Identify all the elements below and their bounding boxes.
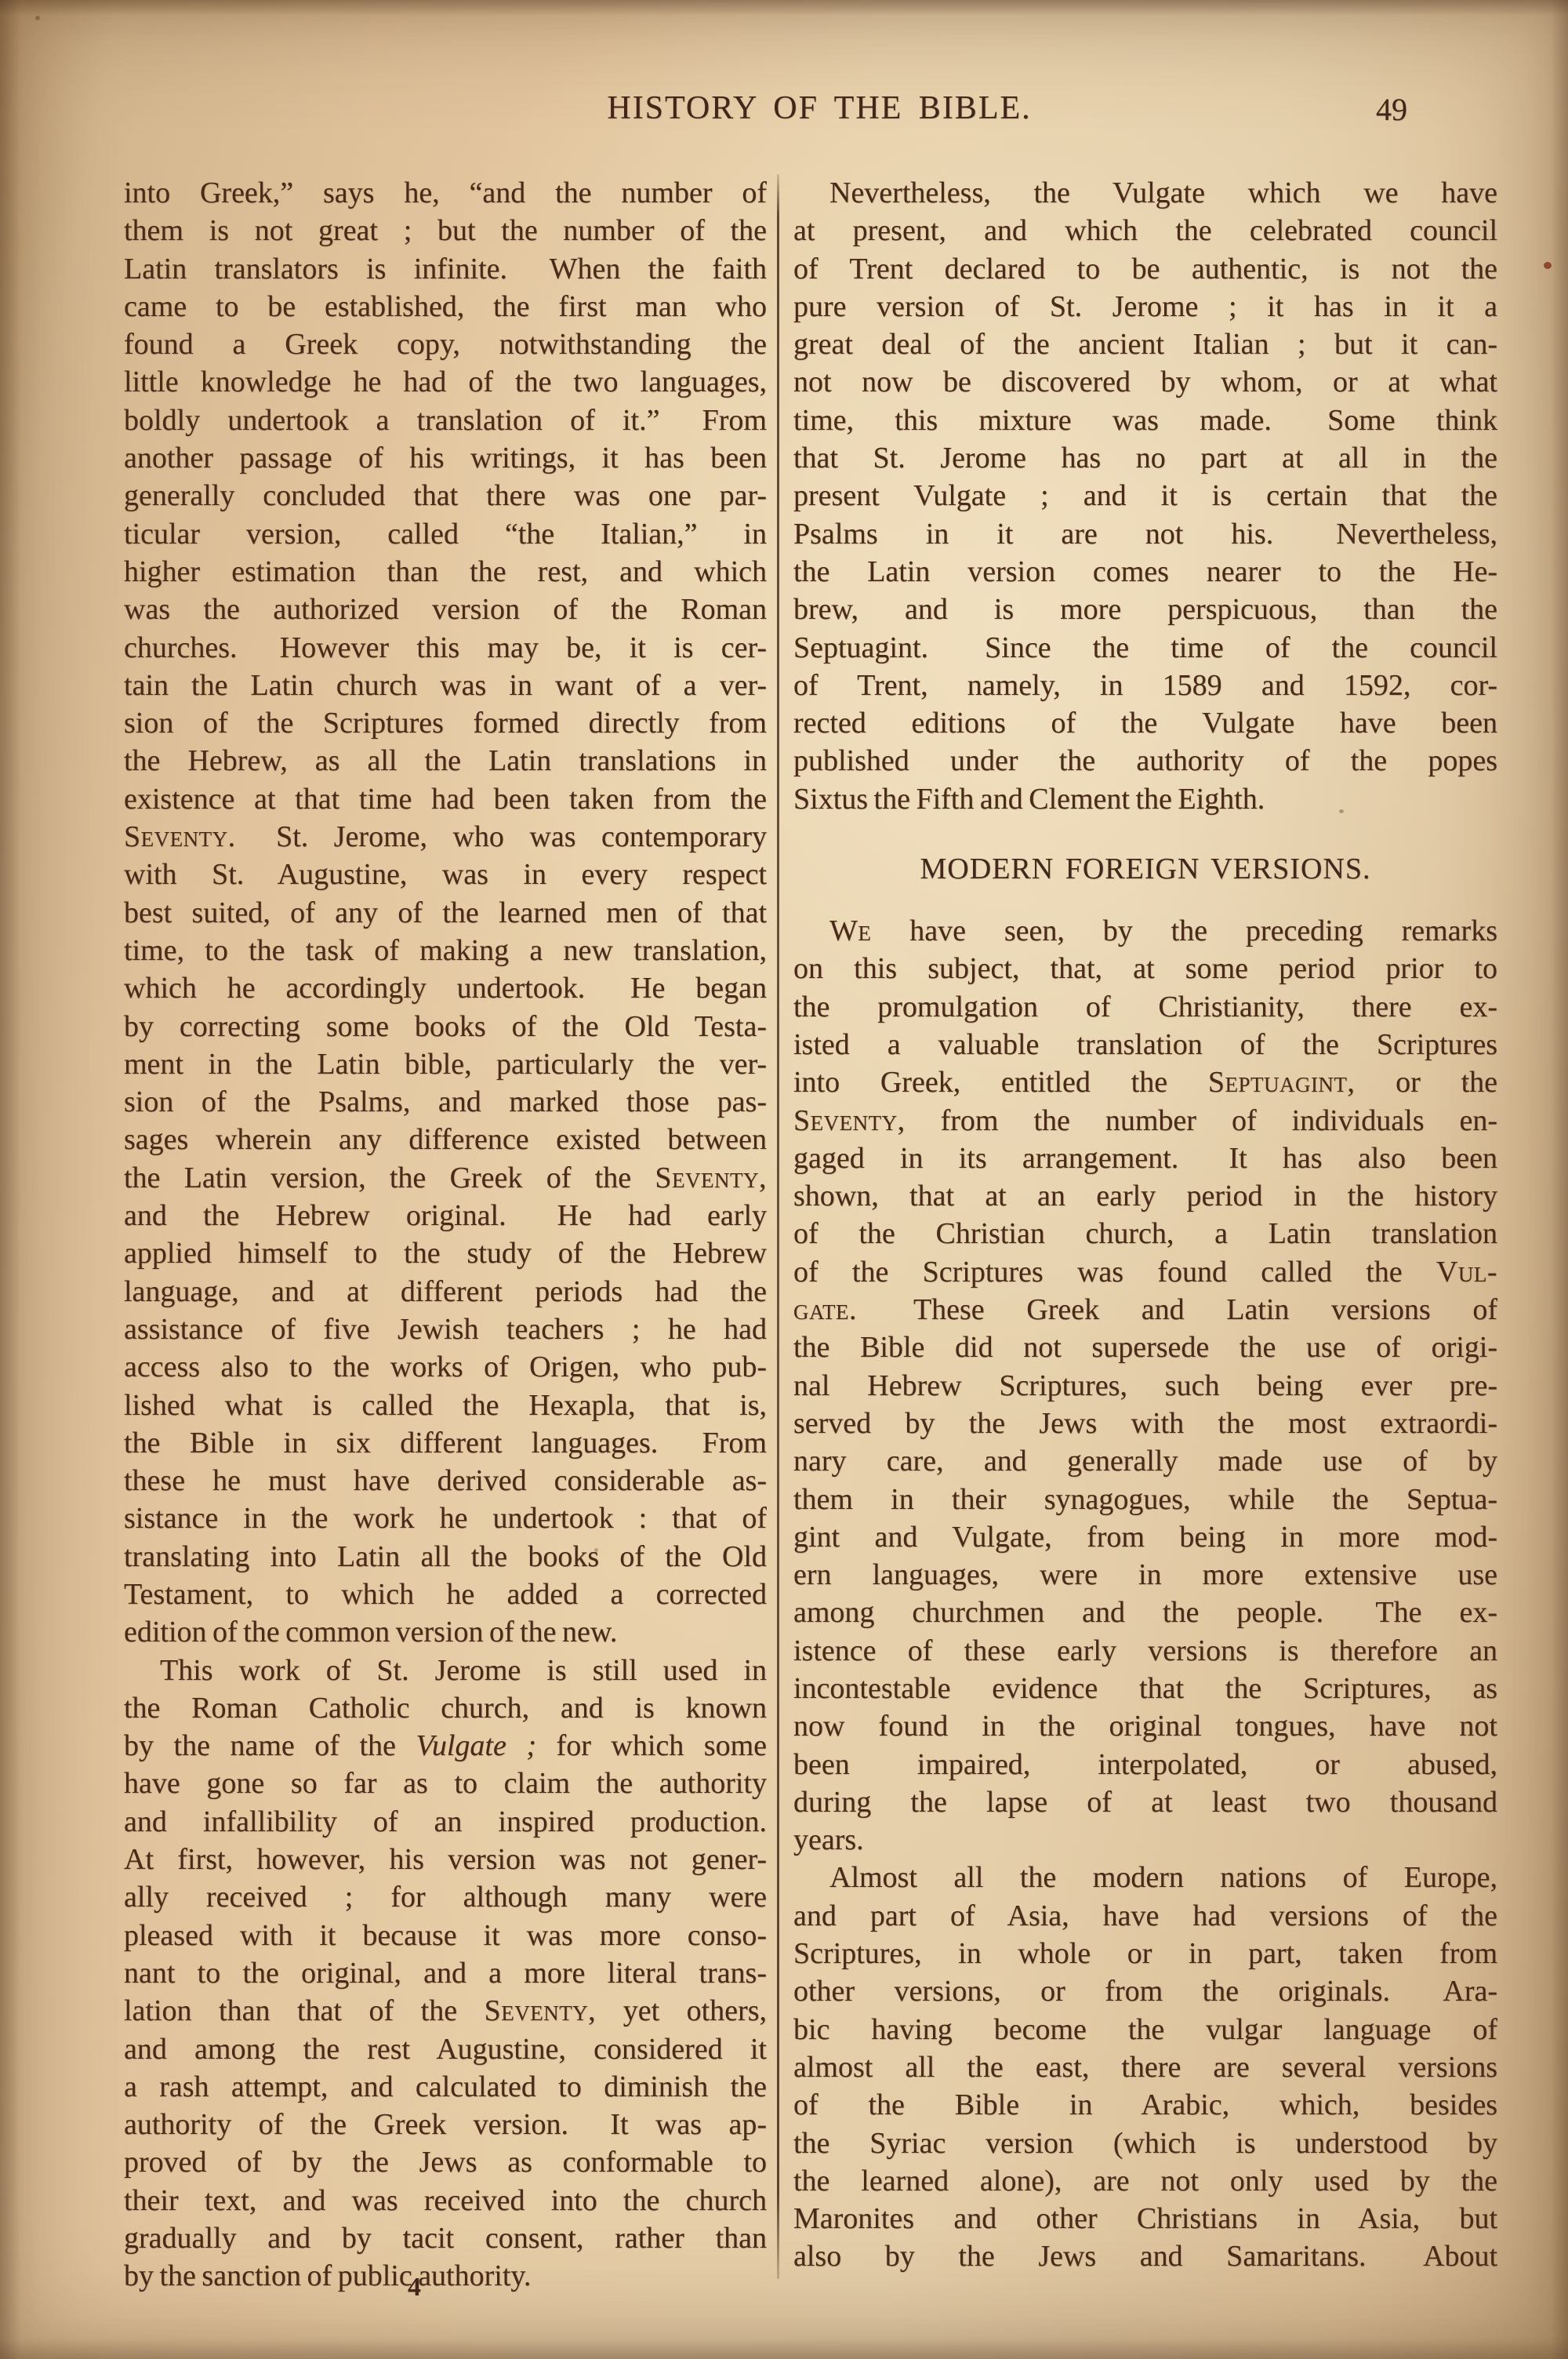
text-line: that St. Jerome has no part at all in th… bbox=[793, 439, 1497, 477]
text-line: Septuagint. Since the time of the counci… bbox=[793, 629, 1497, 667]
text-line: applied himself to the study of the Hebr… bbox=[124, 1234, 767, 1272]
column-divider-rule bbox=[777, 174, 779, 2279]
text-line: sistance in the work he undertook : that… bbox=[124, 1499, 767, 1537]
text-line: the Latin version, the Greek of the Seve… bbox=[124, 1159, 767, 1197]
text-line: during the lapse of at least two thousan… bbox=[793, 1783, 1497, 1821]
text-line: by the name of the Vulgate ; for which s… bbox=[124, 1727, 767, 1765]
text-line: incontestable evidence that the Scriptur… bbox=[793, 1670, 1497, 1707]
text-line: and part of Asia, have had versions of t… bbox=[793, 1897, 1497, 1935]
text-line: lished what is called the Hexapla, that … bbox=[124, 1387, 767, 1424]
text-line: served by the Jews with the most extraor… bbox=[793, 1405, 1497, 1442]
text-line: these he must have derived considerable … bbox=[124, 1462, 767, 1499]
text-line: found a Greek copy, notwithstanding the bbox=[124, 325, 767, 363]
text-line: nant to the original, and a more literal… bbox=[124, 1954, 767, 1992]
text-line: ern languages, were in more extensive us… bbox=[793, 1556, 1497, 1594]
text-line: their text, and was received into the ch… bbox=[124, 2182, 767, 2219]
left-text-column: into Greek,” says he, “and the number of… bbox=[124, 174, 767, 2295]
text-line: pleased with it because it was more cons… bbox=[124, 1917, 767, 1954]
text-line: isted a valuable translation of the Scri… bbox=[793, 1026, 1497, 1063]
text-line: Maronites and other Christians in Asia, … bbox=[793, 2200, 1497, 2237]
text-line: on this subject, that, at some period pr… bbox=[793, 950, 1497, 987]
text-line: not now be discovered by whom, or at wha… bbox=[793, 363, 1497, 401]
text-line: istence of these early versions is there… bbox=[793, 1632, 1497, 1670]
text-line: almost all the east, there are several v… bbox=[793, 2048, 1497, 2086]
paragraph: Almost all the modern nations of Europe,… bbox=[793, 1859, 1497, 2275]
text-line: great deal of the ancient Italian ; but … bbox=[793, 325, 1497, 363]
text-line: Testament, to which he added a corrected bbox=[124, 1576, 767, 1613]
text-line: ticular version, called “the Italian,” i… bbox=[124, 515, 767, 553]
text-line: the promulgation of Christianity, there … bbox=[793, 988, 1497, 1026]
text-line: present Vulgate ; and it is certain that… bbox=[793, 477, 1497, 514]
text-line: gaged in its arrangement. It has also be… bbox=[793, 1140, 1497, 1177]
text-line: was the authorized version of the Roman bbox=[124, 591, 767, 628]
text-line: the Hebrew, as all the Latin translation… bbox=[124, 742, 767, 780]
text-line: gint and Vulgate, from being in more mod… bbox=[793, 1518, 1497, 1556]
text-line: translating into Latin all the books of … bbox=[124, 1538, 767, 1576]
text-line: lation than that of the Seventy, yet oth… bbox=[124, 1992, 767, 2030]
text-line: and the Hebrew original. He had early bbox=[124, 1197, 767, 1234]
paragraph: We have seen, by the preceding remarkson… bbox=[793, 912, 1497, 1859]
text-line: language, and at different periods had t… bbox=[124, 1273, 767, 1310]
scanned-book-page: { "document": { "ink_color": "#4a2b18", … bbox=[0, 0, 1568, 2359]
text-line: rected editions of the Vulgate have been bbox=[793, 704, 1497, 742]
text-line: nary care, and generally made use of by bbox=[793, 1442, 1497, 1480]
text-line: shown, that at an early period in the hi… bbox=[793, 1177, 1497, 1215]
text-line: tain the Latin church was in want of a v… bbox=[124, 667, 767, 704]
text-line: of the Scriptures was found called the V… bbox=[793, 1253, 1497, 1291]
text-line: little knowledge he had of the two langu… bbox=[124, 363, 767, 401]
text-line: came to be established, the first man wh… bbox=[124, 288, 767, 325]
text-line: by the sanction of public authority. bbox=[124, 2257, 767, 2295]
text-line: generally concluded that there was one p… bbox=[124, 477, 767, 514]
text-line: the Roman Catholic church, and is known bbox=[124, 1689, 767, 1727]
text-line: sion of the Scriptures formed directly f… bbox=[124, 704, 767, 742]
text-line: brew, and is more perspicuous, than the bbox=[793, 591, 1497, 628]
text-line: by correcting some books of the Old Test… bbox=[124, 1008, 767, 1045]
text-line: ally received ; for although many were bbox=[124, 1878, 767, 1916]
text-line: of Trent declared to be authentic, is no… bbox=[793, 250, 1497, 288]
text-line: At first, however, his version was not g… bbox=[124, 1841, 767, 1878]
text-line: churches. However this may be, it is cer… bbox=[124, 629, 767, 667]
text-line: have gone so far as to claim the authori… bbox=[124, 1765, 767, 1802]
text-line: authority of the Greek version. It was a… bbox=[124, 2106, 767, 2143]
text-line: pure version of St. Jerome ; it has in i… bbox=[793, 288, 1497, 325]
text-line: into Greek,” says he, “and the number of bbox=[124, 174, 767, 212]
text-line: the Bible in six different languages. Fr… bbox=[124, 1424, 767, 1462]
text-line: sages wherein any difference existed bet… bbox=[124, 1121, 767, 1158]
text-line: with St. Augustine, was in every respect bbox=[124, 856, 767, 893]
text-line: which he accordingly undertook. He began bbox=[124, 969, 767, 1007]
text-line: Seventy. St. Jerome, who was contemporar… bbox=[124, 818, 767, 856]
text-line: published under the authority of the pop… bbox=[793, 742, 1497, 780]
text-line: We have seen, by the preceding remarks bbox=[793, 912, 1497, 950]
text-line: and infallibility of an inspired product… bbox=[124, 1803, 767, 1841]
paragraph: Nevertheless, the Vulgate which we havea… bbox=[793, 174, 1497, 818]
text-line: access also to the works of Origen, who … bbox=[124, 1348, 767, 1386]
text-line: ment in the Latin bible, particularly th… bbox=[124, 1045, 767, 1083]
text-line: at present, and which the celebrated cou… bbox=[793, 212, 1497, 249]
text-line: gradually and by tacit consent, rather t… bbox=[124, 2219, 767, 2257]
printer-signature-mark: 4 bbox=[408, 2273, 421, 2303]
text-line: Seventy, from the number of individuals … bbox=[793, 1102, 1497, 1140]
text-line: also by the Jews and Samaritans. About bbox=[793, 2237, 1497, 2275]
text-line: Latin translators is infinite. When the … bbox=[124, 250, 767, 288]
text-line: them is not great ; but the number of th… bbox=[124, 212, 767, 249]
text-line: sion of the Psalms, and marked those pas… bbox=[124, 1083, 767, 1121]
text-line: of the Christian church, a Latin transla… bbox=[793, 1215, 1497, 1252]
text-line: the learned alone), are not only used by… bbox=[793, 2162, 1497, 2200]
text-line: time, to the task of making a new transl… bbox=[124, 932, 767, 969]
text-line: into Greek, entitled the Septuagint, or … bbox=[793, 1063, 1497, 1101]
text-line: proved of by the Jews as conformable to bbox=[124, 2143, 767, 2181]
text-line: Psalms in it are not his. Nevertheless, bbox=[793, 515, 1497, 553]
text-line: the Bible did not supersede the use of o… bbox=[793, 1329, 1497, 1366]
text-line: Almost all the modern nations of Europe, bbox=[793, 1859, 1497, 1896]
text-line: of Trent, namely, in 1589 and 1592, cor- bbox=[793, 667, 1497, 704]
text-line: boldly undertook a translation of it.” F… bbox=[124, 402, 767, 439]
text-line: the Latin version comes nearer to the He… bbox=[793, 553, 1497, 591]
paragraph: into Greek,” says he, “and the number of… bbox=[124, 174, 767, 1652]
running-header-title: HISTORY OF THE BIBLE. bbox=[353, 89, 1286, 127]
text-line: other versions, or from the originals. A… bbox=[793, 1972, 1497, 2010]
text-line: higher estimation than the rest, and whi… bbox=[124, 553, 767, 591]
text-line: now found in the original tongues, have … bbox=[793, 1707, 1497, 1745]
text-line: a rash attempt, and calculated to dimini… bbox=[124, 2068, 767, 2106]
text-line: the Syriac version (which is understood … bbox=[793, 2125, 1497, 2162]
text-line: Sixtus the Fifth and Clement the Eighth. bbox=[793, 780, 1497, 818]
text-line: of the Bible in Arabic, which, besides bbox=[793, 2086, 1497, 2124]
text-line: time, this mixture was made. Some think bbox=[793, 402, 1497, 439]
right-text-column: Nevertheless, the Vulgate which we havea… bbox=[793, 174, 1497, 2276]
text-line: them in their synagogues, while the Sept… bbox=[793, 1481, 1497, 1518]
text-line: edition of the common version of the new… bbox=[124, 1613, 767, 1651]
text-line: best suited, of any of the learned men o… bbox=[124, 894, 767, 932]
text-line: years. bbox=[793, 1821, 1497, 1859]
section-heading: MODERN FOREIGN VERSIONS. bbox=[793, 851, 1497, 887]
text-line: gate. These Greek and Latin versions of bbox=[793, 1291, 1497, 1329]
text-line: Scriptures, in whole or in part, taken f… bbox=[793, 1935, 1497, 1972]
text-line: Nevertheless, the Vulgate which we have bbox=[793, 174, 1497, 212]
text-line: existence at that time had been taken fr… bbox=[124, 780, 767, 818]
text-line: and among the rest Augustine, considered… bbox=[124, 2030, 767, 2068]
text-line: bic having become the vulgar language of bbox=[793, 2011, 1497, 2048]
text-line: assistance of five Jewish teachers ; he … bbox=[124, 1310, 767, 1348]
text-line: nal Hebrew Scriptures, such being ever p… bbox=[793, 1367, 1497, 1405]
page-number: 49 bbox=[1376, 91, 1446, 128]
paragraph: This work of St. Jerome is still used in… bbox=[124, 1652, 767, 2295]
text-line: This work of St. Jerome is still used in bbox=[124, 1652, 767, 1689]
text-line: among churchmen and the people. The ex- bbox=[793, 1594, 1497, 1631]
text-line: another passage of his writings, it has … bbox=[124, 439, 767, 477]
text-line: been impaired, interpolated, or abused, bbox=[793, 1746, 1497, 1783]
